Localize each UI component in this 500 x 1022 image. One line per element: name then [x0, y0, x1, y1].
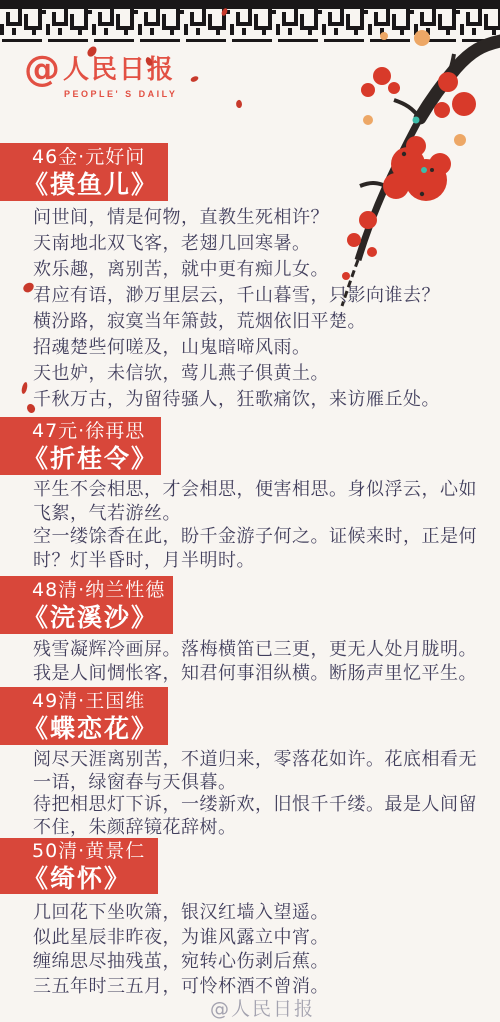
- poem-49-number-author: 49清·王国维: [0, 690, 168, 713]
- poem-48-label: 48清·纳兰性德 《浣溪沙》: [0, 576, 173, 634]
- poem-line: 天南地北双飞客，老翅几回寒暑。: [33, 231, 440, 257]
- poem-line: 平生不会相思，才会相思，便害相思。身似浮云，心如飞絮，气若游丝。: [33, 478, 480, 525]
- petal-decoration: [235, 99, 243, 108]
- poem-line: 天也妒，未信欤，莺儿燕子俱黄土。: [33, 361, 440, 387]
- watermark: @人民日报: [210, 994, 315, 1021]
- poem-line: 缠绵思尽抽残茧，宛转心伤剥后蕉。: [33, 950, 329, 975]
- poem-line: 我是人间惆怅客，知君何事泪纵横。断肠声里忆平生。: [33, 662, 477, 686]
- peoples-daily-logo: @ 人民日报 PEOPLE' S DAILY: [24, 52, 177, 99]
- poem-48-number-author: 48清·纳兰性德: [0, 579, 173, 602]
- poem-47-text: 平生不会相思，才会相思，便害相思。身似浮云，心如飞絮，气若游丝。 空一缕馀香在此…: [33, 478, 480, 572]
- poem-line: 问世间，情是何物，直教生死相许？: [33, 205, 440, 231]
- poem-line: 欢乐趣，离别苦，就中更有痴儿女。: [33, 257, 440, 283]
- poem-49-text: 阅尽天涯离别苦，不道归来，零落花如许。花底相看无一语，绿窗春与天俱暮。 待把相思…: [33, 749, 480, 839]
- poem-line: 君应有语，渺万里层云，千山暮雪，只影向谁去？: [33, 283, 440, 309]
- poem-50-text: 几回花下坐吹箫，银汉红墙入望遥。 似此星辰非昨夜，为谁风露立中宵。 缠绵思尽抽残…: [33, 901, 329, 999]
- brand-name: 人民日报: [63, 55, 175, 85]
- poem-line: 残雪凝辉冷画屏。落梅横笛已三更，更无人处月胧明。: [33, 638, 477, 662]
- poem-line: 空一缕馀香在此，盼千金游子何之。证候来时，正是何时？灯半昏时，月半明时。: [33, 525, 480, 572]
- poem-47-label: 47元·徐再思 《折桂令》: [0, 417, 161, 475]
- poem-50-label: 50清·黄景仁 《绮怀》: [0, 838, 158, 894]
- poem-49-title: 《蝶恋花》: [0, 715, 168, 743]
- poem-46-label: 46金·元好问 《摸鱼儿》: [0, 143, 168, 201]
- poem-47-title: 《折桂令》: [0, 445, 161, 473]
- poem-line: 千秋万古，为留待骚人，狂歌痛饮，来访雁丘处。: [33, 387, 440, 413]
- poem-46-number-author: 46金·元好问: [0, 146, 168, 169]
- poem-line: 阅尽天涯离别苦，不道归来，零落花如许。花底相看无一语，绿窗春与天俱暮。: [33, 749, 480, 794]
- poem-50-number-author: 50清·黄景仁: [0, 840, 158, 863]
- at-symbol-icon: @: [24, 52, 60, 88]
- poem-48-text: 残雪凝辉冷画屏。落梅横笛已三更，更无人处月胧明。 我是人间惆怅客，知君何事泪纵横…: [33, 638, 477, 686]
- poem-line: 横汾路，寂寞当年箫鼓，荒烟依旧平楚。: [33, 309, 440, 335]
- poem-line: 似此星辰非昨夜，为谁风露立中宵。: [33, 926, 329, 951]
- petal-decoration: [190, 75, 199, 83]
- poem-50-title: 《绮怀》: [0, 865, 158, 893]
- poem-47-number-author: 47元·徐再思: [0, 420, 161, 443]
- poem-line: 待把相思灯下诉，一缕新欢，旧恨千千缕。最是人间留不住，朱颜辞镜花辞树。: [33, 794, 480, 839]
- poem-46-text: 问世间，情是何物，直教生死相许？ 天南地北双飞客，老翅几回寒暑。 欢乐趣，离别苦…: [33, 205, 440, 413]
- poem-49-label: 49清·王国维 《蝶恋花》: [0, 687, 168, 745]
- poem-48-title: 《浣溪沙》: [0, 604, 173, 632]
- poster-canvas: @ 人民日报 PEOPLE' S DAILY: [0, 0, 500, 1022]
- poem-line: 几回花下坐吹箫，银汉红墙入望遥。: [33, 901, 329, 926]
- poem-46-title: 《摸鱼儿》: [0, 171, 168, 199]
- brand-subtitle: PEOPLE' S DAILY: [64, 89, 177, 99]
- petal-decoration: [21, 382, 28, 395]
- poem-line: 招魂楚些何嗟及，山鬼暗啼风雨。: [33, 335, 440, 361]
